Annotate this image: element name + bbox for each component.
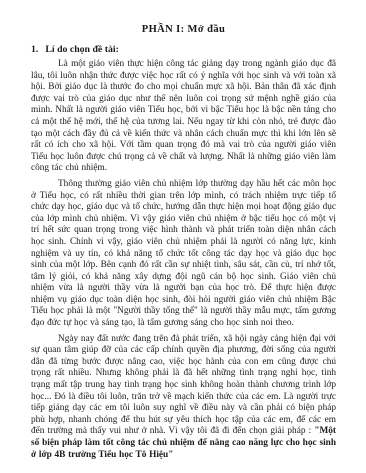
paragraph-2-text: Thông thường giáo viên chủ nhiệm lớp thư…	[31, 179, 336, 328]
paragraph-1-text: Là một giáo viên thực hiện công tác giản…	[31, 59, 336, 173]
section-title: Lí do chọn đề tài:	[45, 44, 119, 55]
section-number: 1.	[31, 44, 38, 55]
section-heading: 1.Lí do chọn đề tài:	[31, 44, 336, 55]
paragraph-3: Ngày nay đất nước đang trên đà phát triể…	[31, 334, 336, 462]
page-title: PHẦN I: Mở đầu	[31, 24, 336, 35]
document-page: PHẦN I: Mở đầu 1.Lí do chọn đề tài: Là m…	[0, 0, 366, 473]
paragraph-3-text: Ngày nay đất nước đang trên đà phát triể…	[31, 334, 336, 437]
paragraph-1: Là một giáo viên thực hiện công tác giản…	[31, 59, 336, 175]
paragraph-2: Thông thường giáo viên chủ nhiệm lớp thư…	[31, 179, 336, 330]
